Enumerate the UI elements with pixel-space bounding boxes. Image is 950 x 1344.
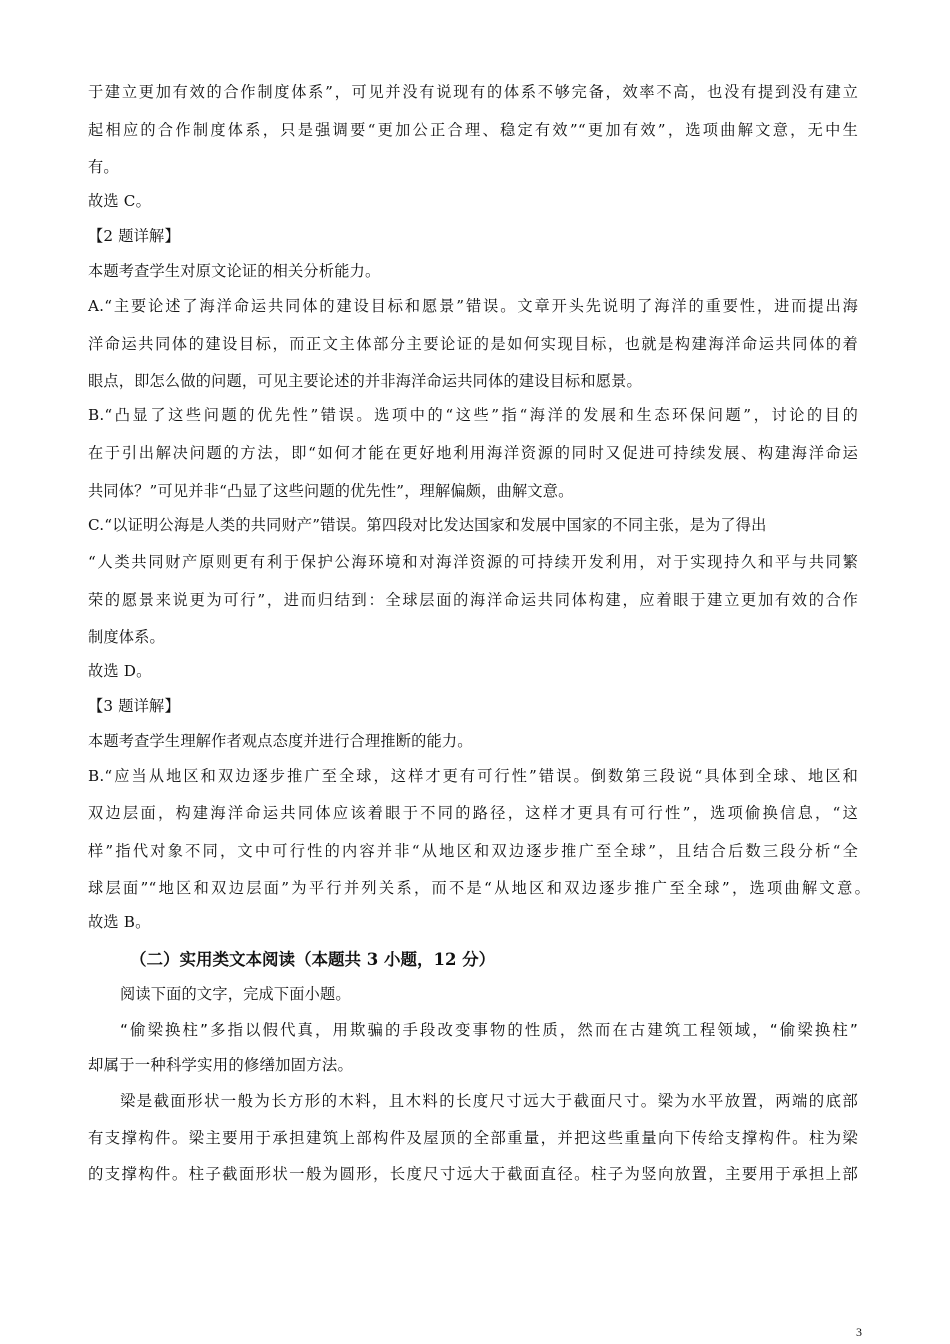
passage-line: 的支撑构件。柱子截面形状一般为圆形，长度尺寸远大于截面直径。柱子为竖向放置，主要… [88,1164,858,1184]
text-line: C.“以证明公海是人类的共同财产”错误。第四段对比发达国家和发展中国家的不同主张… [88,515,767,535]
text-line: 共同体？”可见并非“凸显了这些问题的优先性”，理解偏颇，曲解文意。 [88,481,574,501]
text-line: 样”指代对象不同，文中可行性的内容并非“从地区和双边逐步推广至全球”，且结合后数… [88,841,858,861]
text-line: 洋命运共同体的建设目标，而正文主体部分主要论证的是如何实现目标，也就是构建海洋命… [88,334,858,354]
text-line: 有。 [88,157,119,177]
text-line: 本题考查学生对原文论证的相关分析能力。 [88,261,380,281]
text-line: 双边层面，构建海洋命运共同体应该着眼于不同的路径，这样才更具有可行性”，选项偷换… [88,803,858,823]
text-line: 制度体系。 [88,627,165,647]
document-page: 于建立更加有效的合作制度体系”，可见并没有说现有的体系不够完备，效率不高，也没有… [0,0,950,1344]
text-line: “人类共同财产原则更有利于保护公海环境和对海洋资源的可持续开发利用，对于实现持久… [88,552,858,572]
passage-line: 阅读下面的文字，完成下面小题。 [120,984,351,1004]
text-line: 在于引出解决问题的方法，即“如何才能在更好地利用海洋资源的同时又促进可持续发展、… [88,443,858,463]
section-heading: （二）实用类文本阅读（本题共 3 小题，12 分） [130,946,495,970]
text-line: 于建立更加有效的合作制度体系”，可见并没有说现有的体系不够完备，效率不高，也没有… [88,82,858,102]
text-line: 眼点，即怎么做的问题，可见主要论述的并非海洋命运共同体的建设目标和愿景。 [88,371,642,391]
page-number: 3 [856,1325,862,1340]
text-line: B.“应当从地区和双边逐步推广至全球，这样才更有可行性”错误。倒数第三段说“具体… [88,766,858,786]
text-line: 故选 C。 [88,191,151,211]
text-line: 故选 B。 [88,912,151,932]
passage-line: 有支撑构件。梁主要用于承担建筑上部构件及屋顶的全部重量，并把这些重量向下传给支撑… [88,1128,858,1148]
text-line: 球层面”“地区和双边层面”为平行并列关系，而不是“从地区和双边逐步推广至全球”，… [88,878,870,898]
text-line: 故选 D。 [88,661,152,681]
text-line: 本题考查学生理解作者观点态度并进行合理推断的能力。 [88,731,473,751]
text-line: 荣的愿景来说更为可行”，进而归结到：全球层面的海洋命运共同体构建，应着眼于建立更… [88,590,858,610]
passage-line: “偷梁换柱”多指以假代真，用欺骗的手段改变事物的性质，然而在古建筑工程领域，“偷… [120,1020,858,1040]
text-line: 起相应的合作制度体系，只是强调要“更加公正合理、稳定有效”“更加有效”，选项曲解… [88,120,858,140]
text-line: B.“凸显了这些问题的优先性”错误。选项中的“这些”指“海洋的发展和生态环保问题… [88,405,858,425]
text-line: 【3 题详解】 [88,696,180,716]
passage-line: 却属于一种科学实用的修缮加固方法。 [88,1055,858,1075]
text-line: A.“主要论述了海洋命运共同体的建设目标和愿景”错误。文章开头先说明了海洋的重要… [88,296,858,316]
text-line: 【2 题详解】 [88,226,180,246]
passage-line: 梁是截面形状一般为长方形的木料，且木料的长度尺寸远大于截面尺寸。梁为水平放置，两… [120,1091,858,1111]
